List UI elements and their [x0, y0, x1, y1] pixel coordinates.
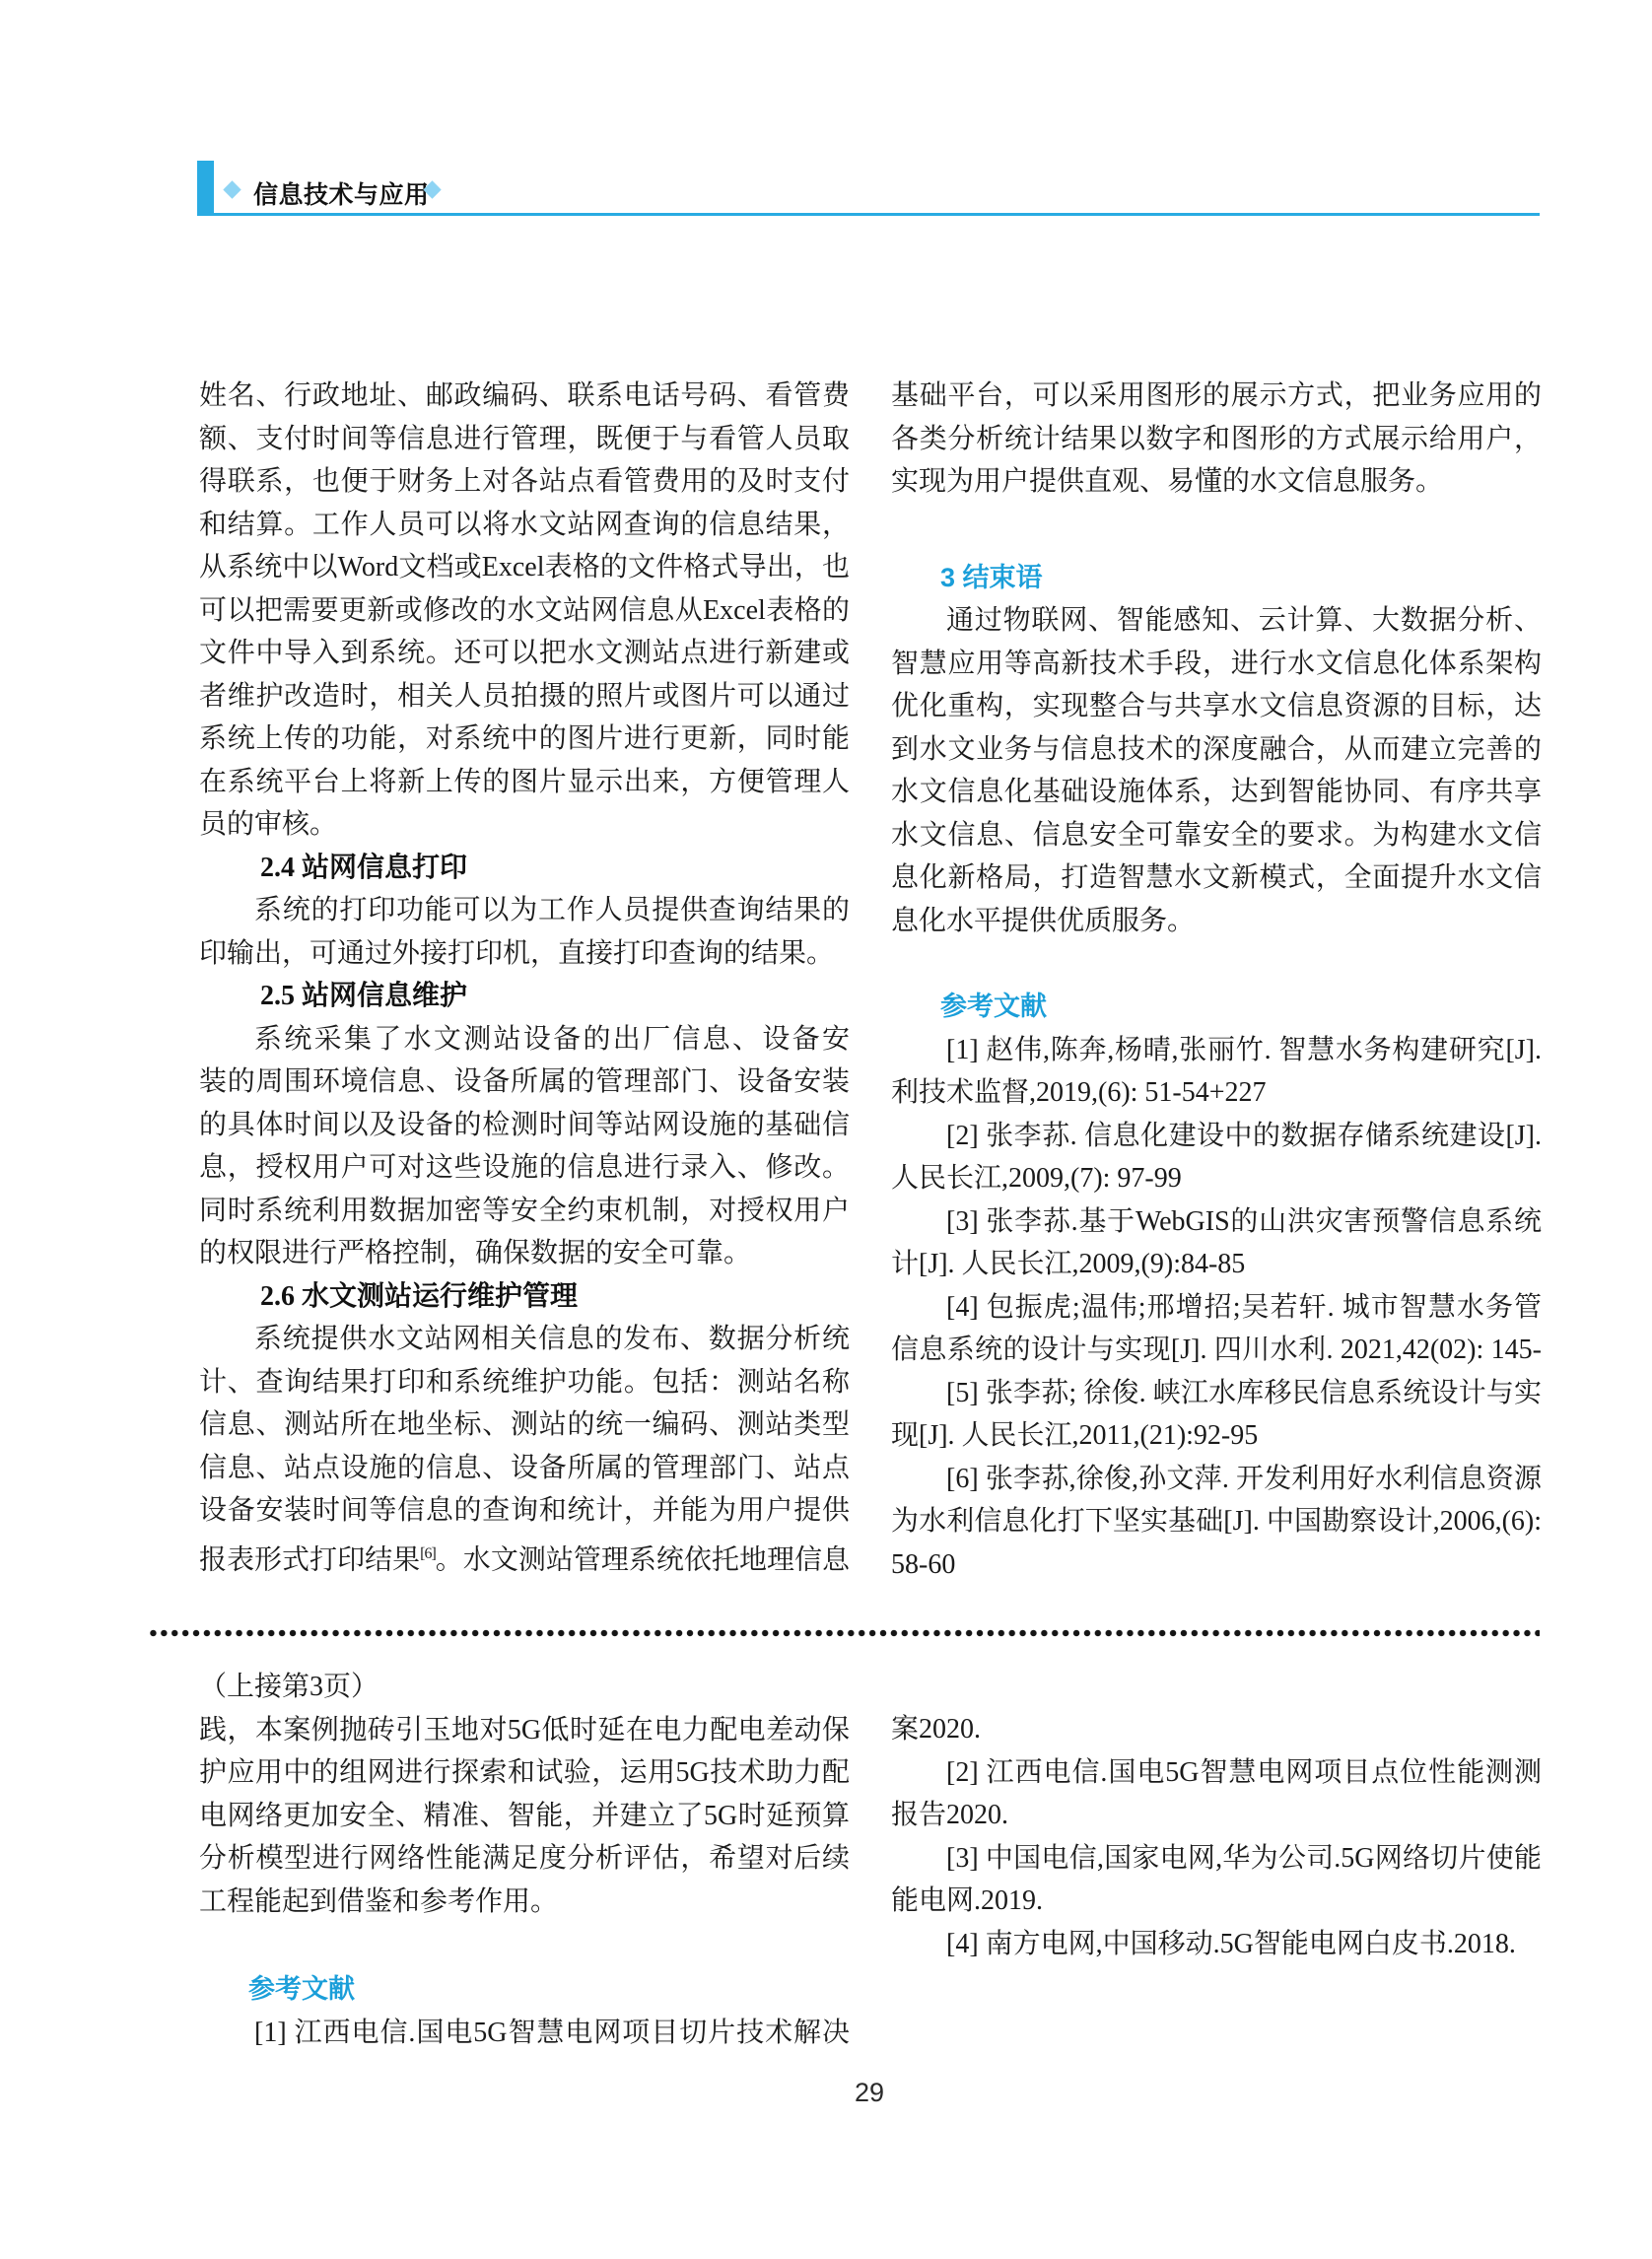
paragraph-2-4: 系统的打印功能可以为工作人员提供查询结果的打印输出，可通过外接打印机，直接打印查… — [199, 889, 850, 975]
article1-right-column: 基础平台，可以采用图形的展示方式，把业务应用的各类分析统计结果以数字和图形的方式… — [891, 375, 1542, 1586]
citation-superscript: [6] — [420, 1545, 436, 1562]
section-heading-2-4: 2.4 站网信息打印 — [199, 847, 850, 890]
references-heading: 参考文献 — [199, 1968, 850, 2012]
text-line: 的权限进行严格控制，确保数据的安全可靠。 — [199, 1232, 850, 1275]
reference-entry: [6] 张李荪,徐俊,孙文萍. 开发利用好水利信息资源为水利信息化打下坚实基础[… — [891, 1458, 1542, 1587]
text-line: 分析模型进行网络性能满足度分析评估，希望对后续 — [199, 1837, 850, 1881]
paragraph-2-5: 系统采集了水文测站设备的出厂信息、设备安装的周围环境信息、设备所属的管理部门、设… — [199, 1018, 850, 1275]
paragraph-continued: 姓名、行政地址、邮政编码、联系电话号码、看管费额、支付时间等信息进行管理，既便于… — [199, 375, 850, 847]
text-line: 各类分析统计结果以数字和图形的方式展示给用户， — [891, 418, 1542, 461]
section-heading-2-6: 2.6 水文测站运行维护管理 — [199, 1275, 850, 1319]
text-line: 从系统中以Word文档或Excel表格的文件格式导出，也 — [199, 546, 850, 589]
text-line: 到水文业务与信息技术的深度融合，从而建立完善的 — [891, 728, 1542, 772]
reference-entry: [1] 江西电信.国电5G智慧电网项目切片技术解决方 — [199, 2012, 850, 2055]
text-line: [4] 包振虎;温伟;邢增招;吴若轩. 城市智慧水务管理 — [891, 1286, 1542, 1330]
text-line: 护应用中的组网进行探索和试验，运用5G技术助力配 — [199, 1751, 850, 1795]
diamond-icon — [223, 180, 241, 198]
text-line: 系统上传的功能，对系统中的图片进行更新，同时能 — [199, 718, 850, 761]
text-line: 设备安装时间等信息的查询和统计，并能为用户提供 — [199, 1489, 850, 1533]
text-line: [5] 张李荪; 徐俊. 峡江水库移民信息系统设计与实 — [891, 1372, 1542, 1415]
page-number: 29 — [199, 2078, 1540, 2108]
text-line: 基础平台，可以采用图形的展示方式，把业务应用的 — [891, 375, 1542, 418]
dotted-separator — [148, 1628, 1540, 1638]
reference-entry: [3] 张李荪.基于WebGIS的山洪灾害预警信息系统设计[J]. 人民长江,2… — [891, 1200, 1542, 1286]
article1-left-column: 姓名、行政地址、邮政编码、联系电话号码、看管费额、支付时间等信息进行管理，既便于… — [199, 375, 850, 1575]
reference-entry: [4] 南方电网,中国移动.5G智能电网白皮书.2018. — [891, 1923, 1542, 1966]
text-line: 姓名、行政地址、邮政编码、联系电话号码、看管费 — [199, 375, 850, 418]
reference-entry: [3] 中国电信,国家电网,华为公司.5G网络切片使能智能电网.2019. — [891, 1837, 1542, 1923]
text-line: 智慧应用等高新技术手段，进行水文信息化体系架构 — [891, 643, 1542, 686]
text-line: 信息、测站所在地坐标、测站的统一编码、测站类型 — [199, 1403, 850, 1447]
section-heading-3: 3 结束语 — [891, 557, 1542, 600]
text-line: 额、支付时间等信息进行管理，既便于与看管人员取 — [199, 418, 850, 461]
text-line: 得联系，也便于财务上对各站点看管费用的及时支付 — [199, 460, 850, 504]
text-line: 优化重构，实现整合与共享水文信息资源的目标，达 — [891, 685, 1542, 728]
text-line: 电网络更加安全、精准、智能，并建立了5G时延预算 — [199, 1795, 850, 1838]
text-line: 文件中导入到系统。还可以把水文测站点进行新建或 — [199, 632, 850, 675]
text-line: 的具体时间以及设备的检测时间等站网设施的基础信 — [199, 1104, 850, 1147]
text-line: 息化新格局，打造智慧水文新模式，全面提升水文信 — [891, 856, 1542, 900]
text-line: [2] 张李荪. 信息化建设中的数据存储系统建设[J]. — [891, 1115, 1542, 1158]
text-line: [4] 南方电网,中国移动.5G智能电网白皮书.2018. — [891, 1923, 1542, 1966]
text-line: 系统采集了水文测站设备的出厂信息、设备安 — [199, 1018, 850, 1061]
text-line: [6] 张李荪,徐俊,孙文萍. 开发利用好水利信息资源 — [891, 1458, 1542, 1501]
section-heading-2-5: 2.5 站网信息维护 — [199, 975, 850, 1018]
text-line: 通过物联网、智能感知、云计算、大数据分析、 — [891, 599, 1542, 643]
text-line: [2] 江西电信.国电5G智慧电网项目点位性能测测试 — [891, 1751, 1542, 1795]
text-line: 践，本案例抛砖引玉地对5G低时延在电力配电差动保 — [199, 1709, 850, 1752]
text-line: 系统提供水文站网相关信息的发布、数据分析统 — [199, 1318, 850, 1361]
reference-entry: [5] 张李荪; 徐俊. 峡江水库移民信息系统设计与实现[J]. 人民长江,20… — [891, 1372, 1542, 1458]
text-line: 在系统平台上将新上传的图片显示出来，方便管理人 — [199, 761, 850, 804]
text-line: [3] 中国电信,国家电网,华为公司.5G网络切片使能智 — [891, 1837, 1542, 1881]
text-line: 系统的打印功能可以为工作人员提供查询结果的打 — [199, 889, 850, 932]
text-line: 实现为用户提供直观、易懂的水文信息服务。 — [891, 460, 1542, 504]
text-line: [3] 张李荪.基于WebGIS的山洪灾害预警信息系统设 — [891, 1200, 1542, 1244]
text-line: 人民长江,2009,(7): 97-99 — [891, 1157, 1542, 1200]
paragraph-3: 通过物联网、智能感知、云计算、大数据分析、智慧应用等高新技术手段，进行水文信息化… — [891, 599, 1542, 942]
text-line: 可以把需要更新或修改的水文站网信息从Excel表格的 — [199, 589, 850, 633]
text-line: 装的周围环境信息、设备所属的管理部门、设备安装 — [199, 1061, 850, 1104]
text-line: 工程能起到借鉴和参考作用。 — [199, 1881, 850, 1924]
paragraph-continued: 践，本案例抛砖引玉地对5G低时延在电力配电差动保护应用中的组网进行探索和试验，运… — [199, 1709, 850, 1924]
reference-entry: [2] 张李荪. 信息化建设中的数据存储系统建设[J].人民长江,2009,(7… — [891, 1115, 1542, 1200]
text-line: 息，授权用户可对这些设施的信息进行录入、修改。 — [199, 1146, 850, 1190]
reference-entry: [2] 江西电信.国电5G智慧电网项目点位性能测测试报告2020. — [891, 1751, 1542, 1837]
references-heading: 参考文献 — [891, 986, 1542, 1029]
text-line: 员的审核。 — [199, 803, 850, 847]
text-line: 现[J]. 人民长江,2011,(21):92-95 — [891, 1414, 1542, 1458]
text-line: 息化水平提供优质服务。 — [891, 900, 1542, 943]
text-line: 同时系统利用数据加密等安全约束机制，对授权用户 — [199, 1190, 850, 1233]
text-line: 利技术监督,2019,(6): 51-54+227 — [891, 1071, 1542, 1115]
citation-text-post: 。水文测站管理系统依托地理信息 — [436, 1544, 850, 1575]
text-line: 信息系统的设计与实现[J]. 四川水利. 2021,42(02): 145-15… — [891, 1329, 1542, 1372]
text-line: 为水利信息化打下坚实基础[J]. 中国勘察设计,2006,(6): — [891, 1500, 1542, 1543]
text-line: 水文信息化基础设施体系，达到智能协同、有序共享 — [891, 771, 1542, 814]
text-line: [1] 江西电信.国电5G智慧电网项目切片技术解决方 — [199, 2012, 850, 2055]
column-header-title: 信息技术与应用 — [253, 175, 430, 211]
header-rule-line — [197, 213, 1540, 216]
reference-entry: [4] 包振虎;温伟;邢增招;吴若轩. 城市智慧水务管理信息系统的设计与实现[J… — [891, 1286, 1542, 1372]
header-accent-bar — [197, 161, 214, 216]
reference-entry-continued: 案2020. — [891, 1708, 1542, 1751]
text-line: 水文信息、信息安全可靠安全的要求。为构建水文信 — [891, 814, 1542, 857]
continued-from-note: （上接第3页） — [199, 1666, 850, 1709]
text-line: 计、查询结果打印和系统维护功能。包括：测站名称 — [199, 1361, 850, 1404]
citation-text-pre: 报表形式打印结果 — [199, 1544, 420, 1575]
text-line: 报告2020. — [891, 1794, 1542, 1837]
article2-left-column: （上接第3页） 践，本案例抛砖引玉地对5G低时延在电力配电差动保护应用中的组网进… — [199, 1666, 850, 2054]
text-line: 案2020. — [891, 1708, 1542, 1751]
text-line: 能电网.2019. — [891, 1880, 1542, 1923]
text-line: 信息、站点设施的信息、设备所属的管理部门、站点 — [199, 1447, 850, 1490]
text-line: [1] 赵伟,陈奔,杨晴,张丽竹. 智慧水务构建研究[J]. 水 — [891, 1029, 1542, 1072]
text-line: 者维护改造时，相关人员拍摄的照片或图片可以通过 — [199, 675, 850, 719]
text-line: 和结算。工作人员可以将水文站网查询的信息结果， — [199, 504, 850, 547]
text-line: 印输出，可通过外接打印机，直接打印查询的结果。 — [199, 932, 850, 976]
reference-entry: [1] 赵伟,陈奔,杨晴,张丽竹. 智慧水务构建研究[J]. 水利技术监督,20… — [891, 1029, 1542, 1115]
paragraph-continued: 基础平台，可以采用图形的展示方式，把业务应用的各类分析统计结果以数字和图形的方式… — [891, 375, 1542, 504]
text-line-with-citation: 报表形式打印结果[6]。水文测站管理系统依托地理信息 — [199, 1533, 850, 1576]
article2-right-column: 案2020. [2] 江西电信.国电5G智慧电网项目点位性能测测试报告2020.… — [891, 1708, 1542, 1965]
paragraph-2-6: 系统提供水文站网相关信息的发布、数据分析统计、查询结果打印和系统维护功能。包括：… — [199, 1318, 850, 1533]
text-line: 58-60 — [891, 1543, 1542, 1587]
text-line: 计[J]. 人民长江,2009,(9):84-85 — [891, 1243, 1542, 1286]
document-page: 信息技术与应用 姓名、行政地址、邮政编码、联系电话号码、看管费额、支付时间等信息… — [0, 0, 1652, 2259]
